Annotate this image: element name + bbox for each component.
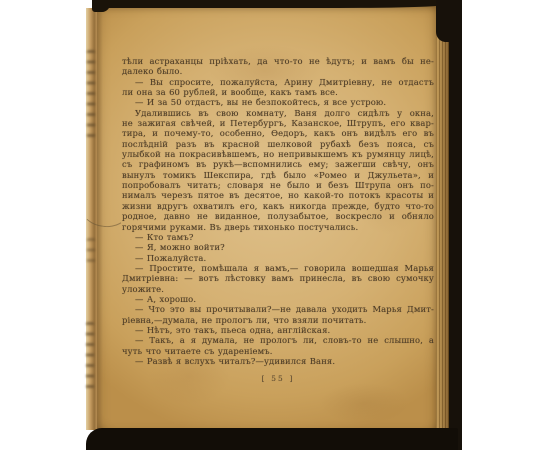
text-line: тира, и почему-то, особенно, Ѳедоръ, как… xyxy=(122,128,434,138)
text-line: — Кто тамъ? xyxy=(122,232,434,242)
text-line: далеко было. xyxy=(122,66,434,76)
text-line: — Я, можно войти? xyxy=(122,242,434,252)
text-line: жизни вдругъ охватилъ его, какъ никогда … xyxy=(122,201,434,211)
book-cover-bottom-shadow xyxy=(86,428,458,450)
text-line: Дмитріевна: — вотъ лѣстовку вамъ принесл… xyxy=(122,273,434,283)
text-line: — И за 50 отдастъ, вы не безпокойтесь, я… xyxy=(122,97,434,107)
page-text: тѣли астраханцы пріѣхать, да что-то не ѣ… xyxy=(122,56,434,385)
facing-page-text-blur xyxy=(87,238,95,266)
text-line: — Пожалуйста. xyxy=(122,253,434,263)
text-line: — Простите, помѣшала я вамъ,— говорила в… xyxy=(122,263,434,273)
text-line: — Вы спросите, пожалуйста, Арину Дмитріе… xyxy=(122,77,434,87)
text-line: вынулъ томикъ Шекспира, гдѣ было «Ромео … xyxy=(122,170,434,180)
text-line: ли она за 60 рублей, и вообще, какъ тамъ… xyxy=(122,87,434,97)
book-cover-right-edge xyxy=(449,6,462,450)
text-line: не зажигая свѣчей, и Петербургъ, Казанск… xyxy=(122,118,434,128)
text-line: улыбкой на покрасивѣвшемъ, но непривыкше… xyxy=(122,149,434,159)
text-line: нималъ черезъ пятое въ десятое, но какой… xyxy=(122,190,434,200)
text-line: — Нѣтъ, это такъ, пьеса одна, англійская… xyxy=(122,325,434,335)
facing-page-text-blur xyxy=(86,322,94,394)
text-line: послѣдній разъ въ красной шелковой рубах… xyxy=(122,139,434,149)
text-line: — Такъ, а я думала, не прологъ ли, словъ… xyxy=(122,335,434,345)
book-cover-top-edge xyxy=(94,0,452,8)
text-line: тѣли астраханцы пріѣхать, да что-то не ѣ… xyxy=(122,56,434,66)
text-line: съ графиномъ въ рукѣ—вспомнились ему; за… xyxy=(122,159,434,169)
facing-page-text-blur xyxy=(87,50,95,138)
text-line: чуть что читаете съ удареніемъ. xyxy=(122,346,434,356)
text-line: уложите. xyxy=(122,284,434,294)
book-photo: тѣли астраханцы пріѣхать, да что-то не ѣ… xyxy=(86,0,462,450)
text-line: — А, хорошо. xyxy=(122,294,434,304)
photo-of-book: тѣли астраханцы пріѣхать, да что-то не ѣ… xyxy=(0,0,550,450)
text-line: горячими руками. Въ дверь тихонько посту… xyxy=(122,222,434,232)
text-line: Удалившись въ свою комнату, Ваня долго с… xyxy=(122,108,434,118)
text-line: — Развѣ я вслухъ читалъ?—удивился Ваня. xyxy=(122,356,434,366)
page-number: [ 55 ] xyxy=(122,374,434,384)
text-line: ріевна,—думала, не прологъ ли, что взяли… xyxy=(122,315,434,325)
text-line: — Что это вы прочитывали?—не давала уход… xyxy=(122,304,434,314)
text-line: попробовалъ читать; словаря не было и бе… xyxy=(122,180,434,190)
text-line: родное, давно не виданное, полузабытое, … xyxy=(122,211,434,221)
